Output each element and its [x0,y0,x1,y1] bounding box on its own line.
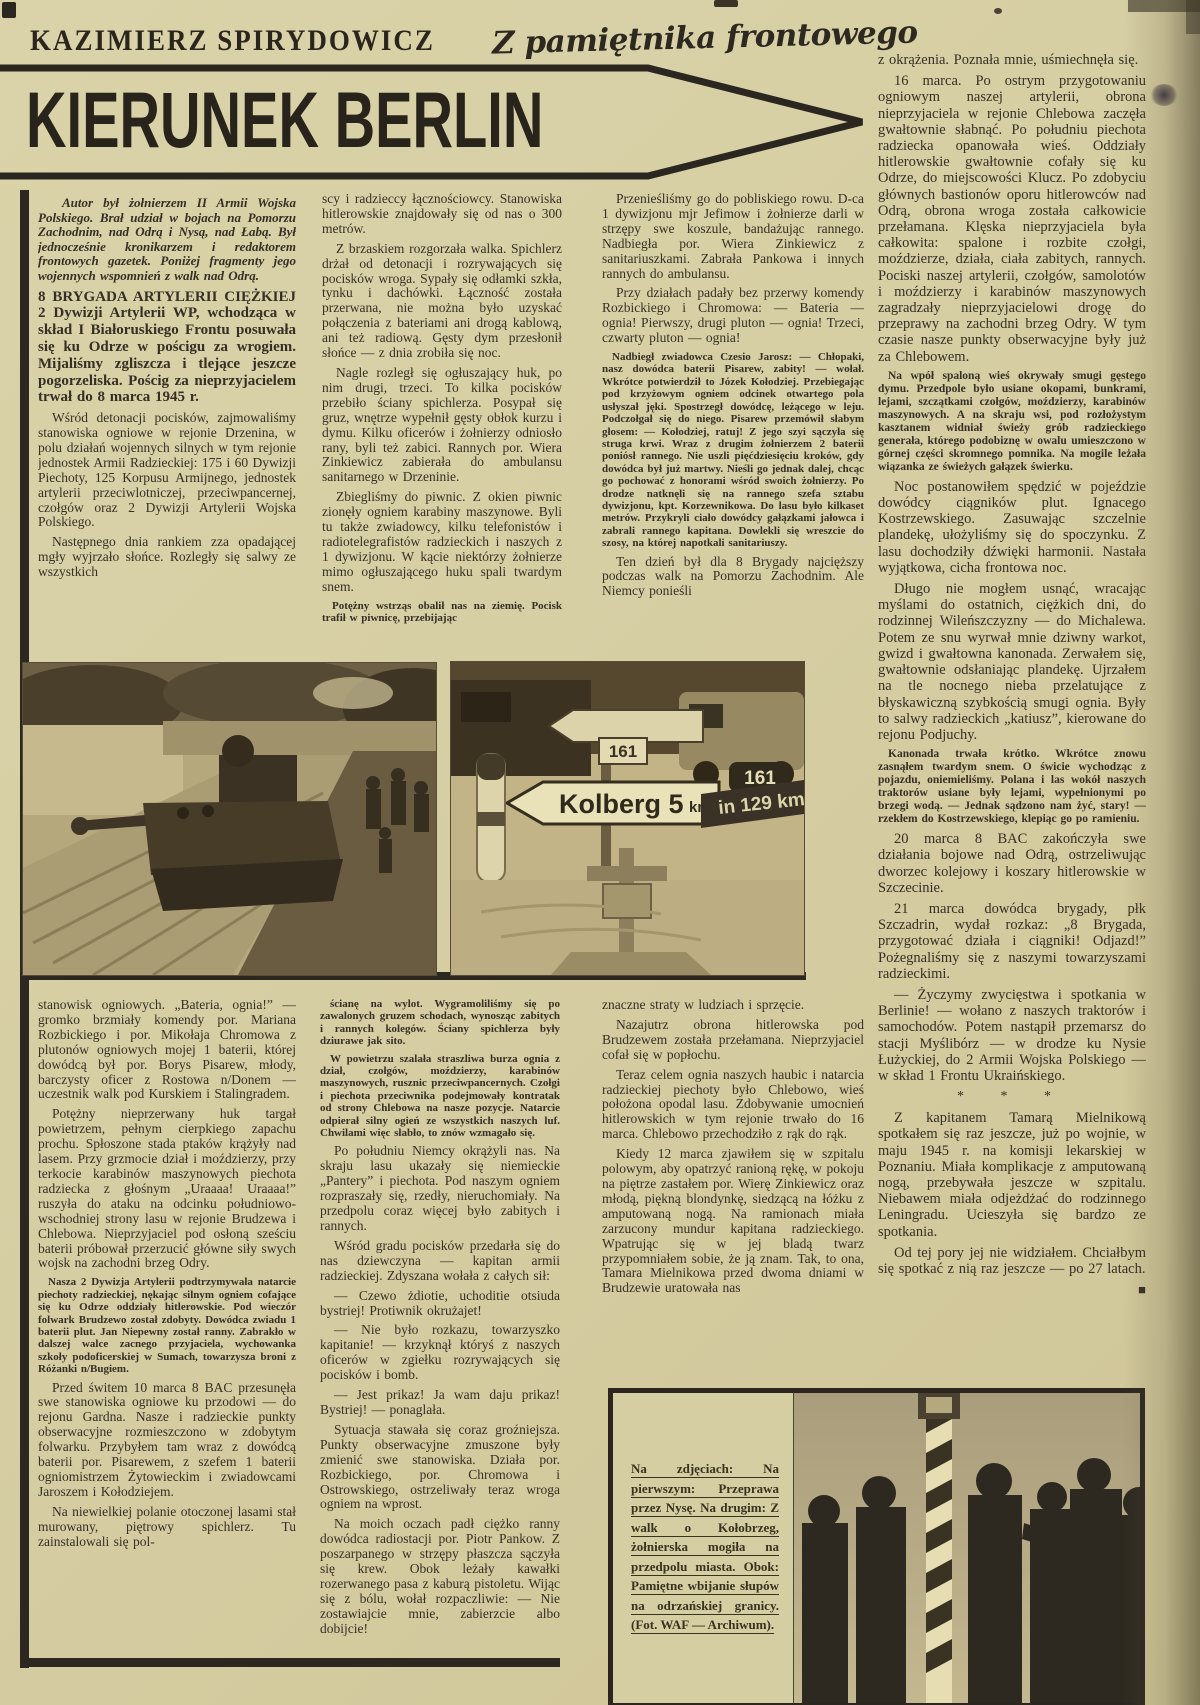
column-bottom-left: stanowisk ogniowych. „Bateria, ognia!” —… [38,998,296,1658]
caption-text: Na zdjęciach: Na pierwszym: Przeprawa pr… [631,1459,779,1635]
paragraph: Zbiegliśmy do piwnic. Z okien piwnic zio… [322,490,562,594]
paragraph: Na moich oczach padł ciężko ranny dowódc… [320,1517,560,1636]
column-2: scy i radzieccy łącznościowcy. Stanowisk… [322,192,562,658]
kolberg-sign-text: Kolberg 5 [559,789,684,819]
paragraph: Potężny nieprzerwany huk targał powietrz… [38,1107,296,1271]
paragraph: Przy działach padały bez przerwy komendy… [602,286,864,346]
paragraph: Nasza 2 Dywizja Artylerii podtrzymywała … [38,1276,296,1375]
paragraph: 21 marca dowódca brygady, płk Szczadrin,… [878,901,1146,982]
paragraph: Przenieśliśmy go do pobliskiego rowu. D-… [602,192,864,281]
photo-border-post [793,1393,1140,1703]
corner-mark [2,2,16,18]
paragraph: Nazajutrz obrona hitlerowska pod Brudzew… [602,1018,864,1063]
paragraph: Ten dzień był dla 8 Brygady najcięższy p… [602,555,864,600]
route-plate-number: 161 [609,742,637,761]
paragraph: — Życzymy zwycięstwa i spotkania w Berli… [878,987,1146,1084]
photo-pontoon-crossing [22,662,437,976]
paragraph: — Jest prikaz! Ja wam daju prikaz! Bystr… [320,1388,560,1418]
paragraph: Z kapitanem Tamarą Mielnikową spotkałem … [878,1110,1146,1240]
top-right-smudge-2 [1186,0,1200,34]
paragraph: ścianę na wylot. Wygramoliliśmy się po z… [320,998,560,1048]
ink-blot [1150,84,1178,106]
paragraph: Kanonada trwała krótko. Wkrótce znowu za… [878,748,1146,826]
paragraph: scy i radzieccy łącznościowcy. Stanowisk… [322,192,562,237]
paragraph: 8 BRYGADA ARTYLERII CIĘŻKIEJ 2 Dywizji A… [38,289,296,407]
column-right: z okrążenia. Poznała mnie, uśmiechnęła s… [878,52,1146,1384]
paragraph: Nadbiegł zwiadowca Czesio Jarosz: — Chło… [602,351,864,550]
column-bottom-right: znaczne straty w ludziach i sprzęcie.Naz… [602,998,864,1386]
paragraph: Sytuacja stawała się coraz groźniejsza. … [320,1423,560,1512]
paragraph: Noc postanowiłem spędzić w pojeździe dow… [878,479,1146,576]
paragraph: Po południu Niemcy okrążyli nas. Na skra… [320,1144,560,1233]
paragraph: — Czewo żdiotie, uchoditie otsiuda bystr… [320,1289,560,1319]
paragraph: Z brzaskiem rozgorzała walka. Spichlerz … [322,242,562,361]
ink-speck [994,8,1002,14]
bottom-rule [20,1658,560,1667]
paragraph: Autor był żołnierzem II Armii Wojska Pol… [38,196,296,284]
paragraph: Kiedy 12 marca zjawiłem się w szpitalu p… [602,1147,864,1296]
paragraph: Długo nie mogłem usnąć, wracając myślami… [878,581,1146,743]
white-border-post [477,754,505,882]
paragraph: Na niewielkiej polanie otoczonej lasami … [38,1505,296,1550]
photo-caption: Na zdjęciach: Na pierwszym: Przeprawa pr… [613,1393,793,1703]
column-3: Przenieśliśmy go do pobliskiego rowu. D-… [602,192,864,658]
paragraph: ■ [878,1282,1146,1298]
paragraph: Przed świtem 10 marca 8 BAC przesunęła s… [38,1381,296,1500]
photo-kolberg-signpost: 161 Kolberg 5 km 161 in 129 km [450,661,805,976]
paragraph: 20 marca 8 BAC zakończyła swe działania … [878,831,1146,896]
smoke [313,677,393,709]
column-1: Autor był żołnierzem II Armii Wojska Pol… [38,196,296,658]
paragraph: Wśród gradu pocisków przedarła się do na… [320,1239,560,1284]
page-title: KIERUNEK BERLIN [26,74,543,165]
paragraph: Wśród detonacji pocisków, zajmowaliśmy s… [38,411,296,530]
paragraph: z okrążenia. Poznała mnie, uśmiechnęła s… [878,52,1146,68]
paragraph: Na wpół spaloną wieś okrywały smugi gęst… [878,370,1146,474]
column-bottom-middle: ścianę na wylot. Wygramoliliśmy się po z… [320,998,560,1658]
paragraph: — Nie było rozkazu, towarzyszko kapitani… [320,1323,560,1383]
paragraph: znaczne straty w ludziach i sprzęcie. [602,998,864,1013]
paragraph: stanowisk ogniowych. „Bateria, ognia!” —… [38,998,296,1102]
paragraph: Nagle rozległ się ogłuszający huk, po ni… [322,366,562,485]
top-edge-mark [714,0,738,7]
paragraph: Teraz celem ognia naszych haubic i natar… [602,1068,864,1143]
paragraph: Potężny wstrząs obalił nas na ziemię. Po… [322,600,562,625]
paragraph: * * * [878,1089,1146,1105]
paragraph: Od tej pory jej nie widziałem. Chciałbym… [878,1245,1146,1277]
paragraph: Następnego dnia rankiem zza opadającej m… [38,535,296,580]
newspaper-page: KAZIMIERZ SPIRYDOWICZ Z pamiętnika front… [0,0,1200,1705]
paragraph: W powietrzu szalała straszliwa burza ogn… [320,1053,560,1140]
river-water [23,725,183,815]
caption-photo-frame: Na zdjęciach: Na pierwszym: Przeprawa pr… [608,1388,1145,1705]
paragraph: 16 marca. Po ostrym przygotowaniu ogniow… [878,73,1146,365]
